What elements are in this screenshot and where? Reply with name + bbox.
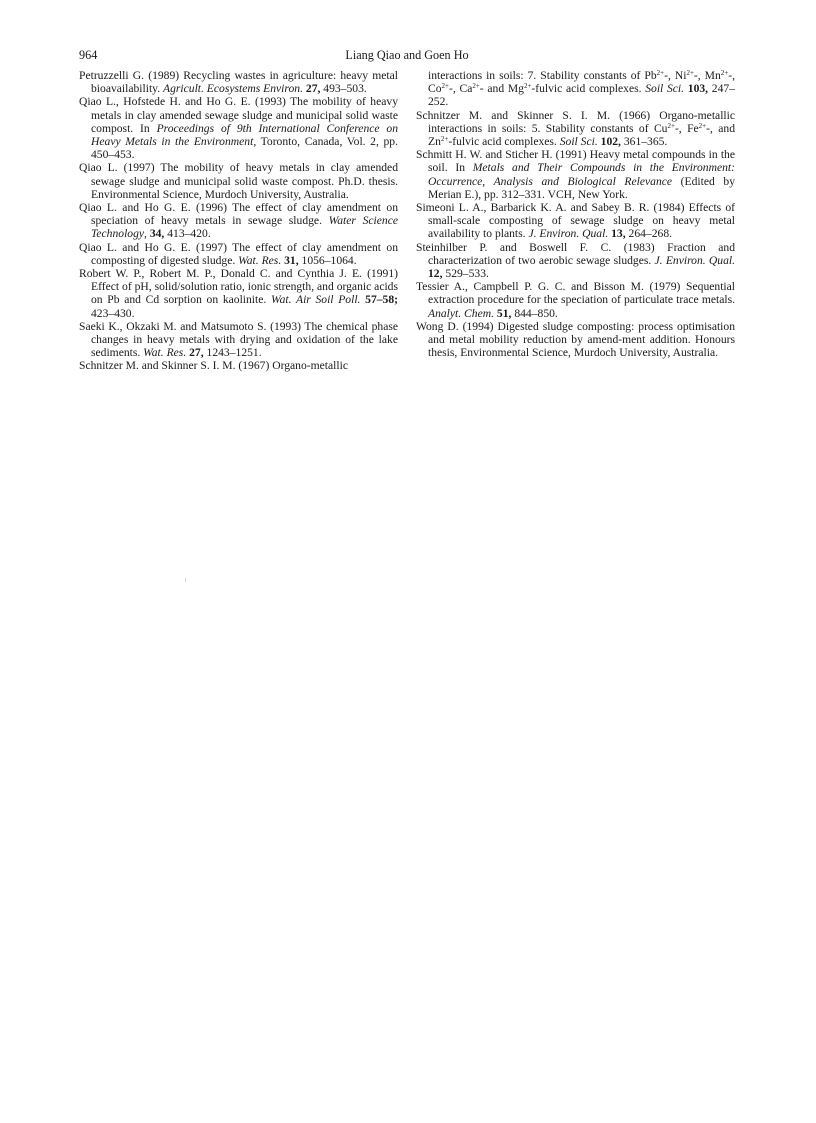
volume: 31, [284,254,299,267]
references-column-right: interactions in soils: 7. Stability cons… [416,69,735,359]
running-head: 964 Liang Qiao and Goen Ho [79,47,735,63]
references-column-left: Petruzzelli G. (1989) Recycling wastes i… [79,69,398,373]
volume: 102, [601,135,621,148]
reference-qiao-ho-1996: Qiao L. and Ho G. E. (1996) The effect o… [79,201,398,241]
reference-steinhilber-1983: Steinhilber P. and Boswell F. C. (1983) … [416,241,735,281]
journal-name: Soil Sci. [560,135,598,148]
pages: 361–365. [624,135,667,148]
reference-schnitzer-1966: Schnitzer M. and Skinner S. I. M. (1966)… [416,109,735,149]
pages: 264–268. [629,227,672,240]
volume: 27, [189,346,204,359]
pages: 1056–1064. [302,254,357,267]
reference-qiao-ho-1997: Qiao L. and Ho G. E. (1997) The effect o… [79,241,398,267]
running-title: Liang Qiao and Goen Ho [79,47,735,63]
reference-schmitt-1991: Schmitt H. W. and Sticher H. (1991) Heav… [416,148,735,201]
journal-name: J. Environ. Qual. [528,227,608,240]
pages: 413–420. [167,227,210,240]
volume: 34, [150,227,165,240]
pages: 423–430. [91,307,134,320]
pages: 1243–1251. [207,346,262,359]
reference-saeki-1993: Saeki K., Okzaki M. and Matsumoto S. (19… [79,320,398,360]
pages: 844–850. [514,307,557,320]
journal-name: Agricult. Ecosystems Environ. [163,82,303,95]
reference-wong-1994: Wong D. (1994) Digested sludge compostin… [416,320,735,360]
journal-name: Analyt. Chem. [428,307,494,320]
volume: 13, [611,227,626,240]
reference-schnitzer-1967-continued: interactions in soils: 7. Stability cons… [416,69,735,109]
volume: 12, [428,267,443,280]
reference-simeoni-1984: Simeoni L. A., Barbarick K. A. and Sabey… [416,201,735,241]
reference-tessier-1979: Tessier A., Campbell P. G. C. and Bisson… [416,280,735,320]
reference-qiao-hofstede-1993: Qiao L., Hofstede H. and Ho G. E. (1993)… [79,95,398,161]
journal-name: Soil Sci. [645,82,684,95]
journal-name: Wat. Res. [238,254,281,267]
journal-name: Wat. Res. [143,346,186,359]
volume: 103, [688,82,708,95]
journal-name: Wat. Air Soil Poll. [271,293,360,306]
reference-schnitzer-1967-start: Schnitzer M. and Skinner S. I. M. (1967)… [79,359,398,372]
volume: 27, [306,82,321,95]
reference-robert-1991: Robert W. P., Robert M. P., Donald C. an… [79,267,398,320]
reference-qiao-1997-thesis: Qiao L. (1997) The mobility of heavy met… [79,161,398,201]
pages: 493–503. [323,82,366,95]
reference-petruzzelli-1989: Petruzzelli G. (1989) Recycling wastes i… [79,69,398,95]
scan-artifact [185,578,186,582]
volume: 57–58; [365,293,398,306]
pages: 529–533. [445,267,488,280]
journal-name: J. Environ. Qual. [655,254,735,267]
volume: 51, [497,307,512,320]
